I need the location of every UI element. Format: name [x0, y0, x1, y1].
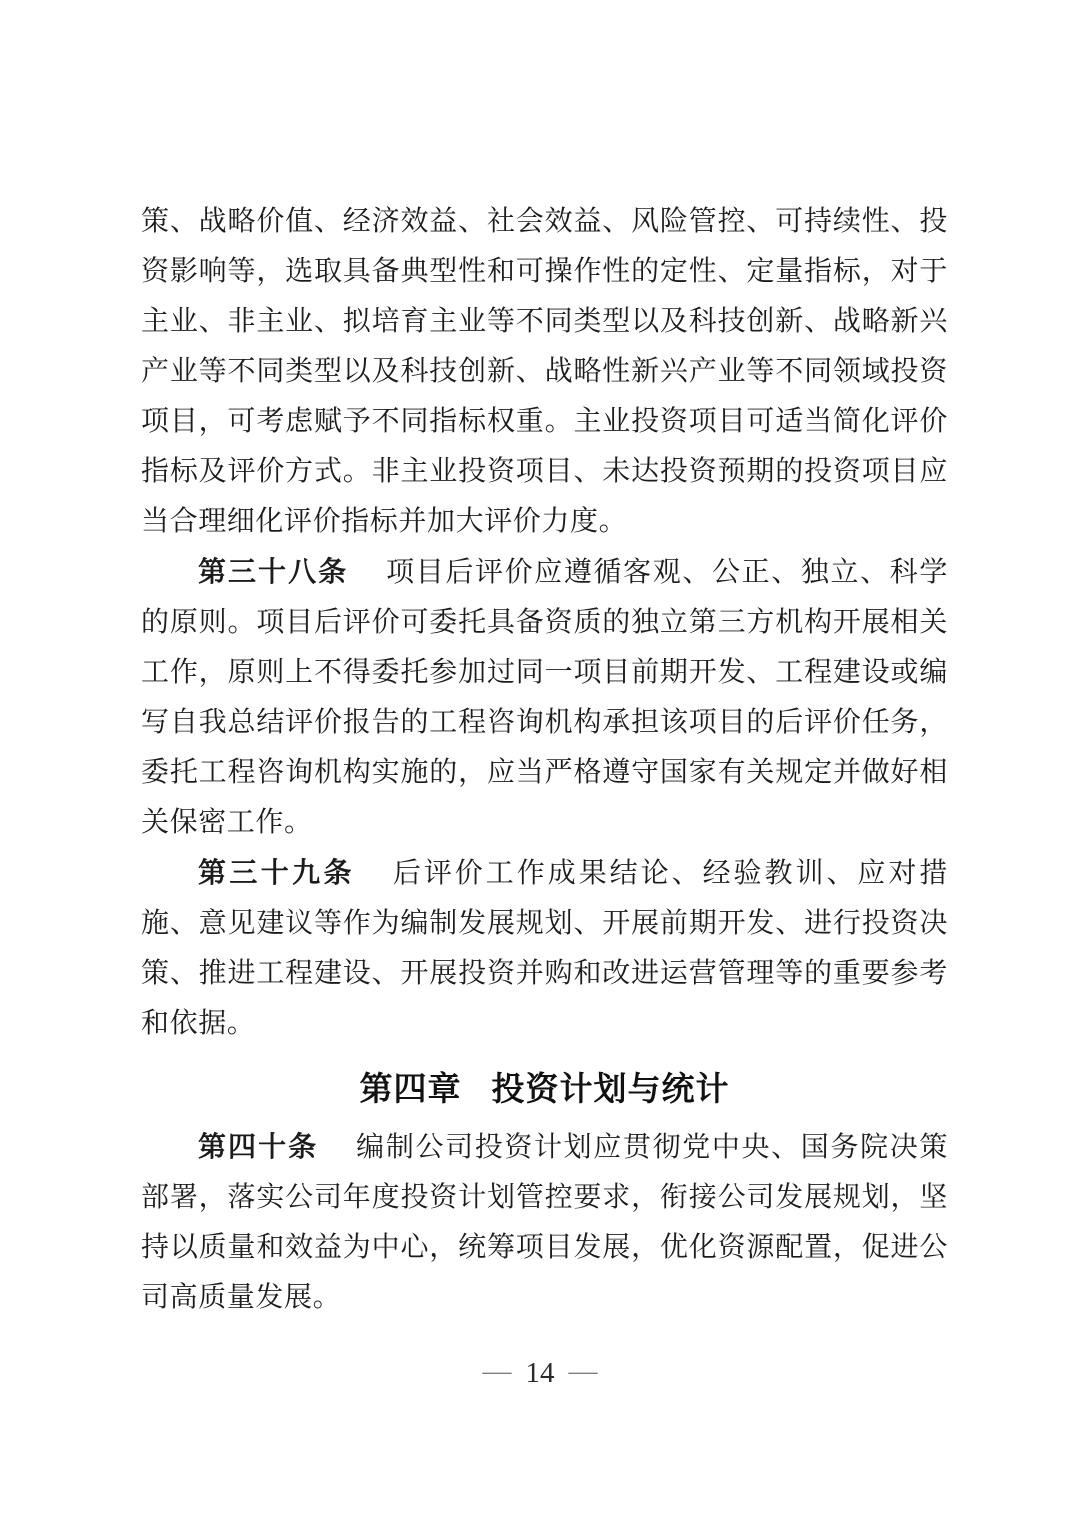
paragraph-continuation: 策、战略价值、经济效益、社会效益、风险管控、可持续性、投资影响等，选取具备典型性…: [141, 197, 948, 547]
chapter-4-heading: 第四章投资计划与统计: [141, 1063, 948, 1115]
article-40-paragraph: 第四十条编制公司投资计划应贯彻党中央、国务院决策部署，落实公司年度投资计划管控要…: [141, 1122, 948, 1323]
footer-right-dash: —: [569, 1355, 598, 1387]
article-39-label: 第三十九条: [198, 857, 355, 888]
document-page: 策、战略价值、经济效益、社会效益、风险管控、可持续性、投资影响等，选取具备典型性…: [0, 0, 1080, 1527]
article-38-text: 项目后评价应遵循客观、公正、独立、科学的原则。项目后评价可委托具备资质的独立第三…: [141, 557, 948, 838]
document-content: 策、战略价值、经济效益、社会效益、风险管控、可持续性、投资影响等，选取具备典型性…: [141, 197, 948, 1323]
chapter-4-title: 投资计划与统计: [492, 1070, 730, 1107]
article-40-label: 第四十条: [198, 1131, 318, 1162]
article-39-paragraph: 第三十九条后评价工作成果结论、经验教训、应对措施、意见建议等作为编制发展规划、开…: [141, 848, 948, 1049]
footer-left-dash: —: [483, 1355, 512, 1387]
chapter-4-number: 第四章: [360, 1070, 462, 1107]
page-number: 14: [526, 1355, 555, 1391]
paragraph-continuation-text: 策、战略价值、经济效益、社会效益、风险管控、可持续性、投资影响等，选取具备典型性…: [141, 206, 948, 537]
article-38-paragraph: 第三十八条项目后评价应遵循客观、公正、独立、科学的原则。项目后评价可委托具备资质…: [141, 547, 948, 848]
page-footer: —14—: [0, 1355, 1080, 1391]
article-38-label: 第三十八条: [198, 556, 348, 587]
